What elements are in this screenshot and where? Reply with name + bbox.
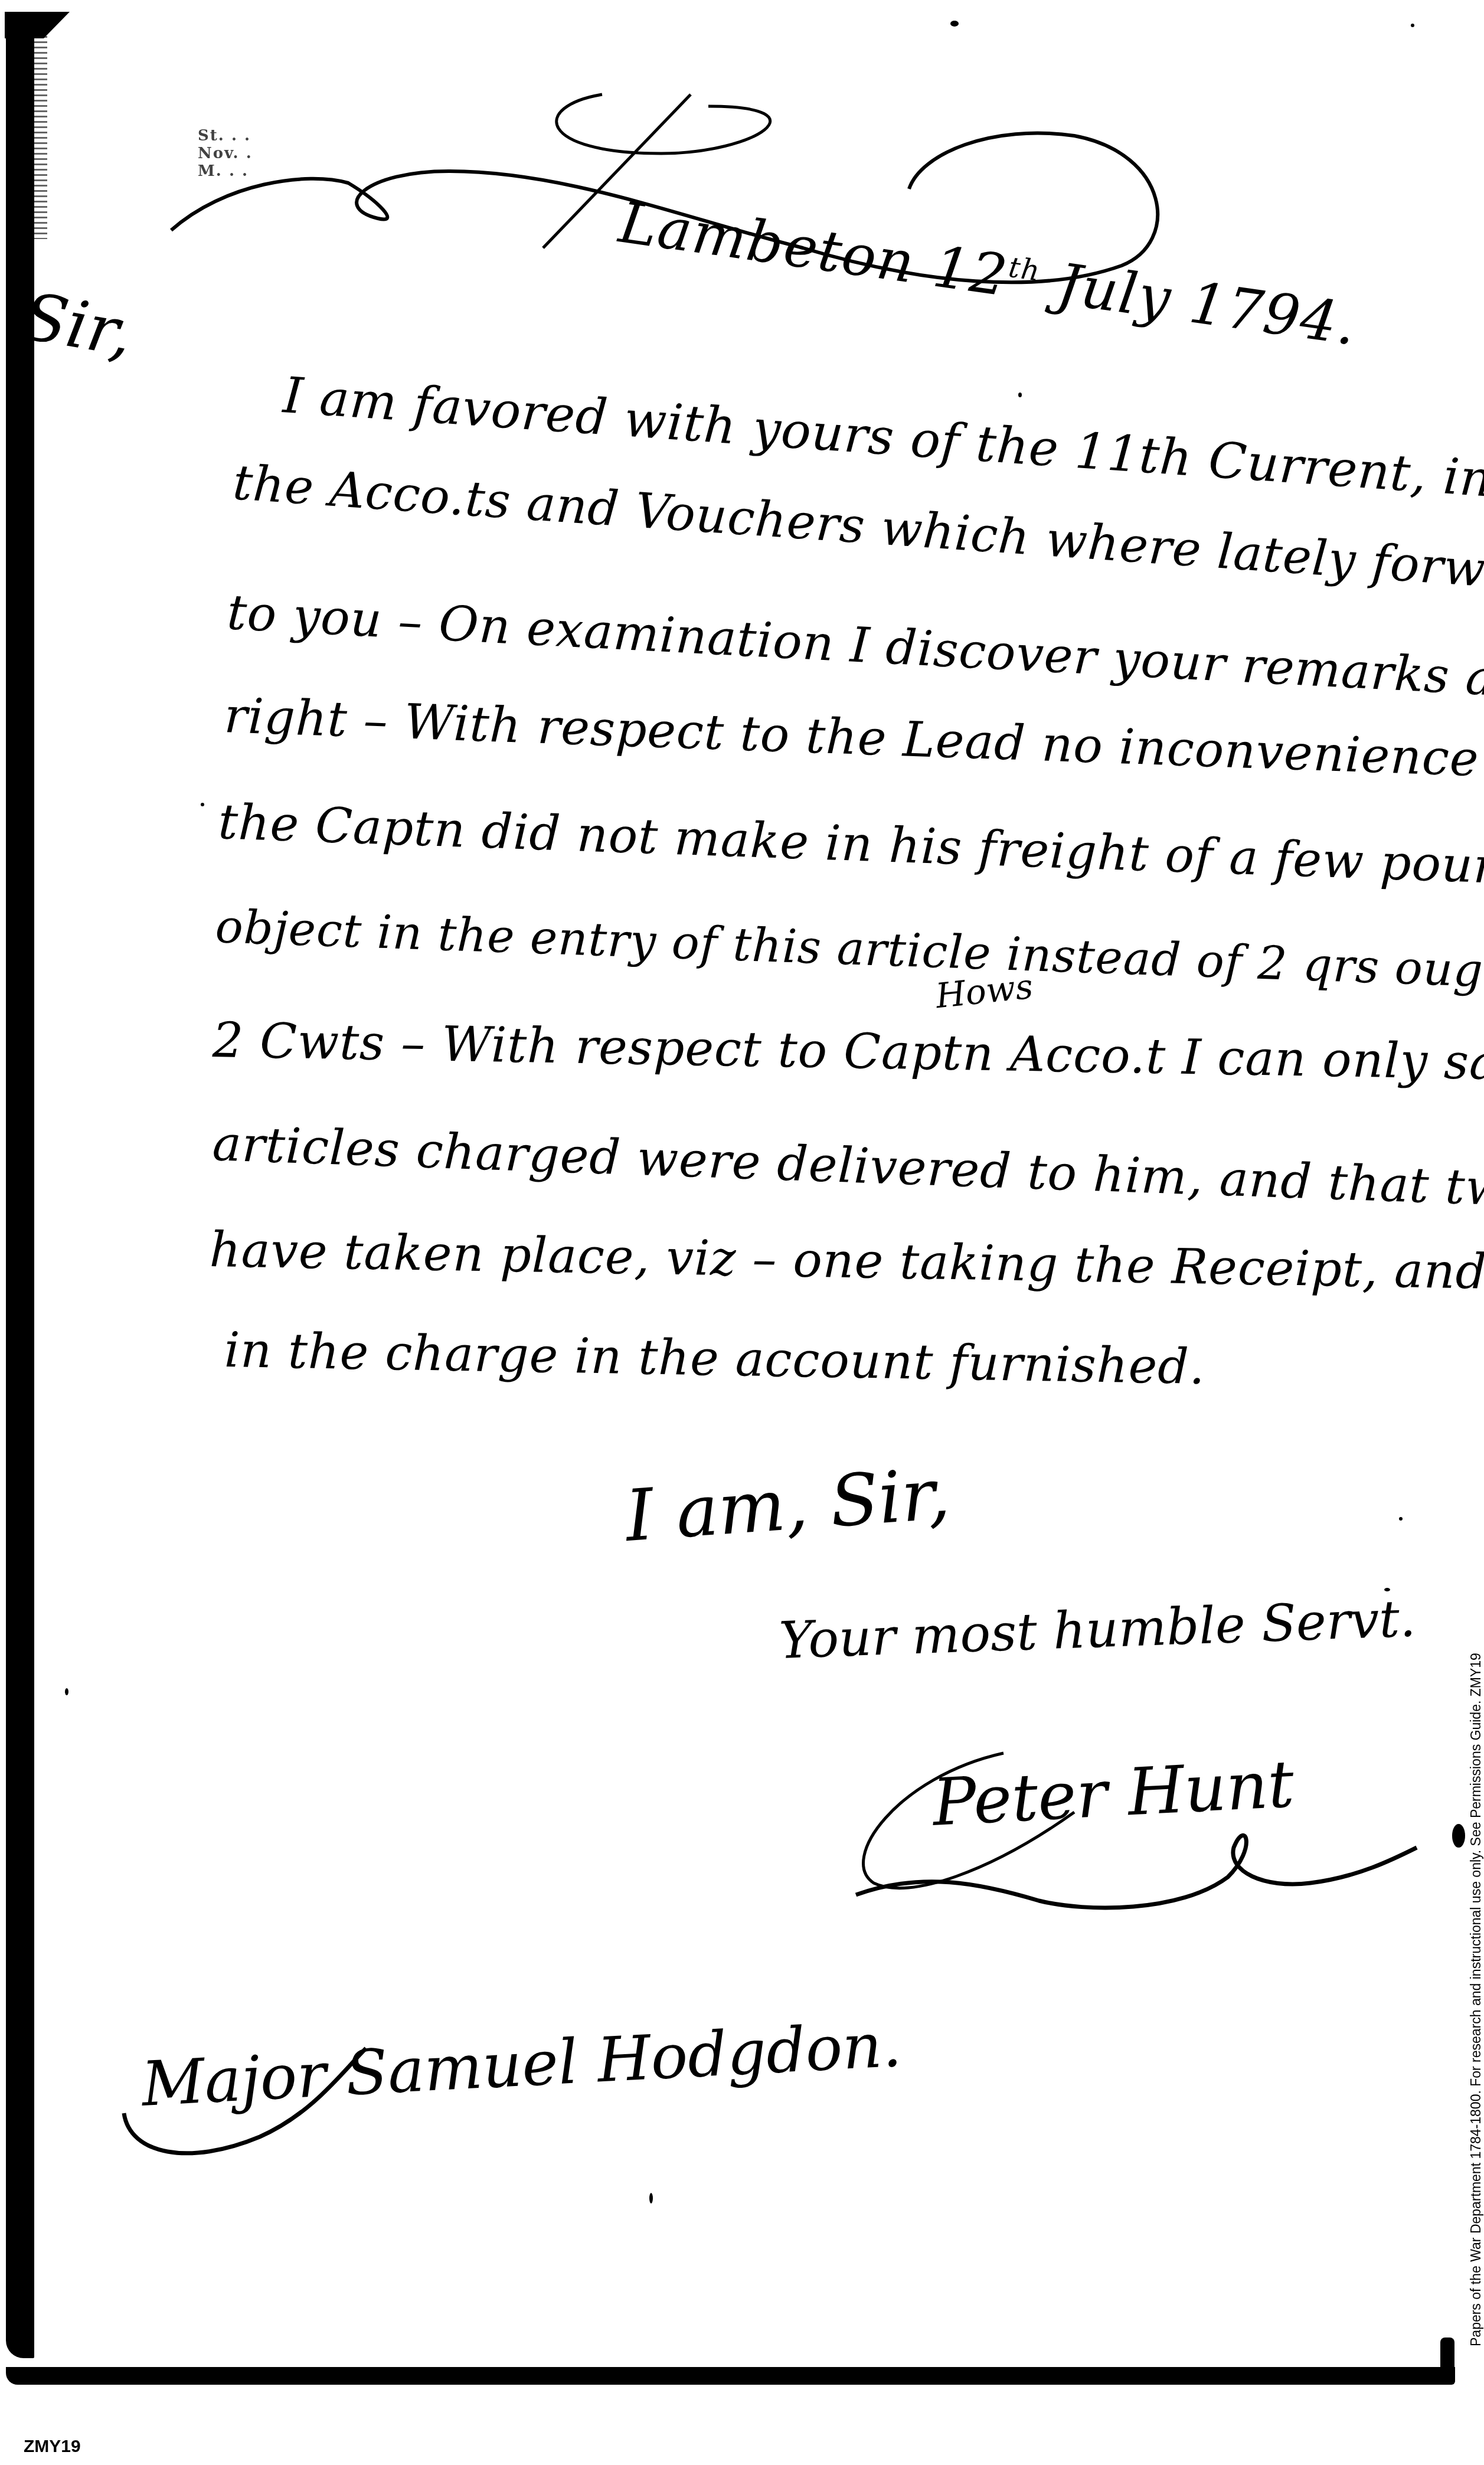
ink-speck	[1399, 1517, 1403, 1521]
ink-speck	[1018, 393, 1022, 397]
dateline-day: 12	[929, 233, 1012, 309]
dateline-year: 1794.	[1185, 269, 1361, 358]
salutation: Sir,	[17, 278, 138, 371]
body-line-4: right – With respect to the Lead no inco…	[223, 688, 1484, 799]
dateline-day-suffix: th	[1006, 251, 1042, 288]
closing-line-2: Your most humble Servt.	[778, 1589, 1417, 1670]
ink-speck	[1411, 24, 1414, 27]
ink-speck	[201, 803, 204, 806]
scan-edge-bottom	[6, 2367, 1455, 2385]
body-line-10: in the charge in the account furnished.	[224, 1322, 1205, 1395]
body-line-6: object in the entry of this article inst…	[214, 900, 1484, 1011]
ink-speck	[65, 1688, 68, 1695]
scan-edge-bottom-right	[1440, 2337, 1454, 2379]
ink-speck	[649, 2193, 653, 2204]
scan-edge-left	[6, 15, 34, 2358]
body-line-9: have taken place, viz – one taking the R…	[209, 1222, 1484, 1305]
body-line-5: the Captn did not make in his freight of…	[217, 794, 1484, 901]
archive-bottom-label: ZMY19	[24, 2437, 81, 2457]
scanned-letter-page: St. . . Nov. . M. . . Lambeton 12th July…	[0, 0, 1484, 2465]
body-line-7: 2 Cwts – With respect to Captn Acco.t I …	[212, 1012, 1484, 1093]
ink-speck	[950, 21, 959, 27]
ink-speck	[1452, 1824, 1465, 1848]
body-line-8: articles charged were delivered to him, …	[211, 1116, 1484, 1226]
closing-line-1: I am, Sir,	[623, 1453, 952, 1558]
archive-side-caption: Papers of the War Department 1784-1800. …	[1468, 1653, 1484, 2346]
